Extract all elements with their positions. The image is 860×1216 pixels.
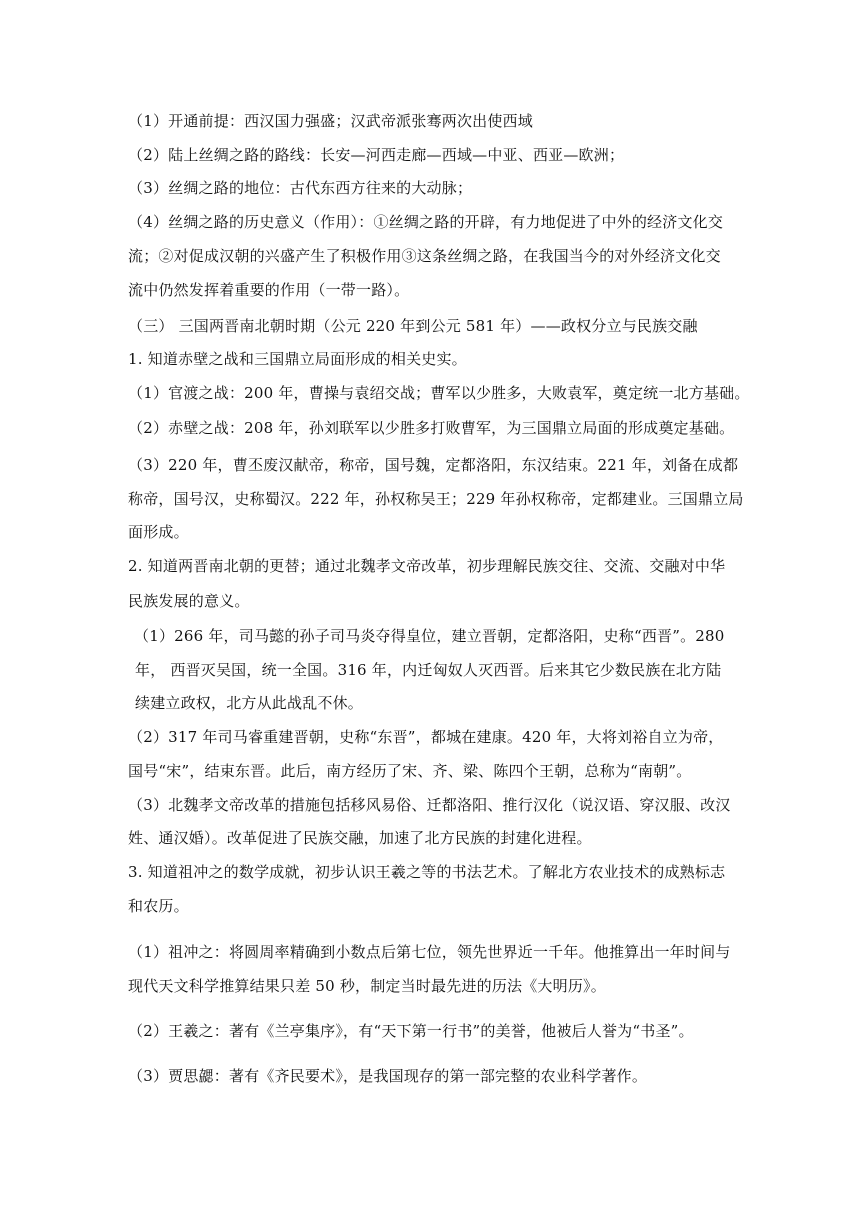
silk-road-significance-line-2: 流；②对促成汉朝的兴盛产生了积极作用③这条丝绸之路，在我国当今的对外经济文化交: [128, 246, 738, 266]
zu-chongzhi-line-1: （1）祖冲之：将圆周率精确到小数点后第七位，领先世界近一千年。他推算出一年时间与: [128, 942, 738, 962]
learning-point-2-line-2: 民族发展的意义。: [128, 591, 738, 611]
western-jin-line-2: 年， 西晋灭吴国，统一全国。316 年，内迁匈奴人灭西晋。后来其它少数民族在北方…: [135, 660, 745, 680]
silk-road-significance-line-3: 流中仍然发挥着重要的作用（一带一路）。: [128, 280, 738, 300]
western-jin-line-1: （1）266 年，司马懿的孙子司马炎夺得皇位，建立晋朝，定都洛阳，史称“西晋”。…: [134, 626, 744, 646]
learning-point-2-line-1: 2. 知道两晋南北朝的更替；通过北魏孝文帝改革，初步理解民族交往、交流、交融对中…: [128, 556, 738, 576]
battle-of-guandu: （1）官渡之战：200 年，曹操与袁绍交战；曹军以少胜多，大败袁军，奠定统一北方…: [128, 383, 738, 403]
learning-point-3-line-1: 3. 知道祖冲之的数学成就，初步认识王羲之等的书法艺术。了解北方农业技术的成熟标…: [128, 862, 738, 882]
jia-sixie: （3）贾思勰：著有《齐民要术》，是我国现存的第一部完整的农业科学著作。: [128, 1066, 738, 1086]
xiaowen-reform-line-1: （3）北魏孝文帝改革的措施包括移风易俗、迁都洛阳、推行汉化（说汉语、穿汉服、改汉: [128, 795, 738, 815]
silk-road-status: （3）丝绸之路的地位：古代东西方往来的大动脉；: [128, 178, 738, 198]
three-kingdoms-formation-line-3: 面形成。: [128, 522, 738, 542]
wang-xizhi: （2）王羲之：著有《兰亭集序》，有“天下第一行书”的美誉，他被后人誉为“书圣”。: [128, 1021, 738, 1041]
learning-point-3-line-2: 和农历。: [128, 896, 738, 916]
learning-point-1: 1. 知道赤壁之战和三国鼎立局面形成的相关史实。: [128, 349, 738, 369]
battle-of-red-cliffs: （2）赤壁之战：208 年，孙刘联军以少胜多打败曹军，为三国鼎立局面的形成奠定基…: [128, 418, 738, 438]
zu-chongzhi-line-2: 现代天文科学推算结果只差 50 秒，制定当时最先进的历法《大明历》。: [128, 976, 738, 996]
silk-road-premise: （1）开通前提：西汉国力强盛；汉武帝派张骞两次出使西域: [128, 111, 738, 131]
section-heading-three-kingdoms: （三） 三国两晋南北朝时期（公元 220 年到公元 581 年）——政权分立与民…: [128, 316, 738, 336]
silk-road-route: （2）陆上丝绸之路的路线：长安—河西走廊—西域—中亚、西亚—欧洲；: [128, 145, 738, 165]
three-kingdoms-formation-line-1: （3）220 年，曹丕废汉献帝，称帝，国号魏，定都洛阳，东汉结束。221 年，刘…: [128, 455, 738, 475]
eastern-jin-line-2: 国号“宋”，结束东晋。此后，南方经历了宋、齐、梁、陈四个王朝，总称为“南朝”。: [128, 761, 738, 781]
eastern-jin-line-1: （2）317 年司马睿重建晋朝，史称“东晋”，都城在建康。420 年，大将刘裕自…: [128, 727, 738, 747]
xiaowen-reform-line-2: 姓、通汉婚）。改革促进了民族交融，加速了北方民族的封建化进程。: [128, 828, 738, 848]
western-jin-line-3: 续建立政权，北方从此战乱不休。: [135, 693, 745, 713]
three-kingdoms-formation-line-2: 称帝，国号汉，史称蜀汉。222 年，孙权称吴王；229 年孙权称帝，定都建业。三…: [128, 489, 738, 509]
silk-road-significance-line-1: （4）丝绸之路的历史意义（作用）：①丝绸之路的开辟，有力地促进了中外的经济文化交: [128, 212, 738, 232]
document-page: （1）开通前提：西汉国力强盛；汉武帝派张骞两次出使西域 （2）陆上丝绸之路的路线…: [0, 0, 860, 1216]
